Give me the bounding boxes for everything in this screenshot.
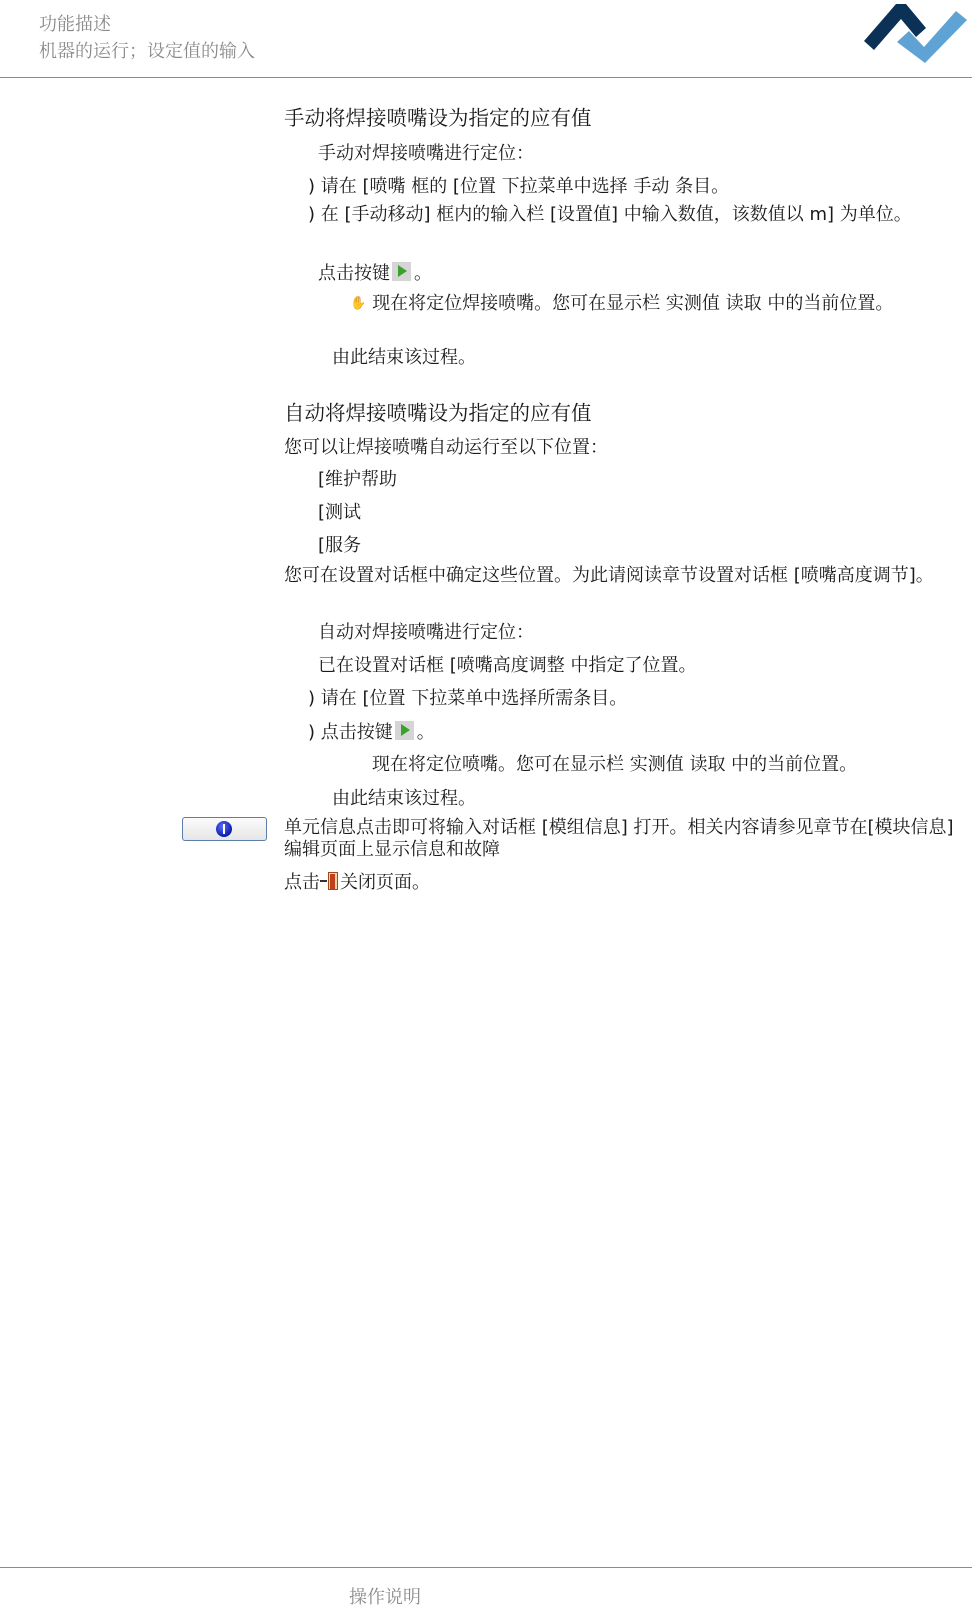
auto-position-2: [测试 — [318, 502, 361, 524]
manual-step-3-suffix: 。 — [414, 263, 432, 284]
manual-result-text: 现在将定位焊接喷嘴。您可在显示栏 实测值 读取 中的当前位置。 — [372, 293, 893, 314]
close-prefix: 点击 — [284, 872, 320, 893]
auto-step-2-suffix: 。 — [417, 722, 435, 743]
auto-procedure-title: 自动对焊接喷嘴进行定位： — [318, 622, 534, 644]
manual-end: 由此结束该过程。 — [332, 347, 476, 369]
auto-position-1: [维护帮助 — [318, 469, 397, 491]
auto-step-2: ) 点击按键。 — [308, 721, 435, 744]
brand-logo-icon — [864, 0, 968, 66]
auto-end: 由此结束该过程。 — [332, 788, 476, 810]
auto-result: 现在将定位喷嘴。您可在显示栏 实测值 读取 中的当前位置。 — [372, 754, 857, 776]
auto-step-2-prefix: ) 点击按键 — [308, 722, 393, 743]
module-info-button[interactable] — [182, 817, 267, 841]
manual-step-2: ) 在 [手动移动] 框内的输入栏 [设置值] 中输入数值，该数值以 m] 为单… — [308, 204, 938, 226]
close-suffix: 关闭页面。 — [340, 872, 430, 893]
auto-heading: 自动将焊接喷嘴设为指定的应有值 — [284, 402, 592, 424]
footer-title: 操作说明 — [349, 1583, 421, 1606]
section-title: 功能描述 — [39, 10, 111, 36]
exit-door-icon — [320, 871, 340, 891]
manual-procedure-title: 手动对焊接喷嘴进行定位： — [318, 143, 534, 165]
info-icon — [216, 821, 232, 837]
footer-divider — [0, 1567, 972, 1568]
auto-intro: 您可以让焊接喷嘴自动运行至以下位置： — [284, 437, 608, 459]
info-description: 单元信息点击即可将输入对话框 [模组信息] 打开。相关内容请参见章节在[模块信息… — [284, 817, 959, 861]
subsection-title: 机器的运行；设定值的输入 — [39, 37, 255, 63]
page-header: 功能描述 机器的运行；设定值的输入 — [0, 0, 972, 78]
auto-precondition: 已在设置对话框 [喷嘴高度调整 中指定了位置。 — [318, 655, 696, 677]
play-icon — [395, 721, 414, 740]
manual-step-3: 点击按键。 — [318, 262, 432, 285]
auto-position-3: [服务 — [318, 535, 361, 557]
result-hand-icon: ✋ — [350, 293, 366, 315]
header-divider — [0, 77, 972, 78]
manual-heading: 手动将焊接喷嘴设为指定的应有值 — [284, 107, 592, 129]
auto-note: 您可在设置对话框中确定这些位置。为此请阅读章节设置对话框 [喷嘴高度调节]。 — [284, 565, 959, 587]
auto-step-1: ) 请在 [位置 下拉菜单中选择所需条目。 — [308, 688, 627, 710]
close-instruction: 点击关闭页面。 — [284, 871, 430, 894]
manual-result: ✋现在将定位焊接喷嘴。您可在显示栏 实测值 读取 中的当前位置。 — [350, 293, 940, 315]
play-icon — [392, 262, 411, 281]
manual-step-3-prefix: 点击按键 — [318, 263, 390, 284]
manual-step-1: ) 请在 [喷嘴 框的 [位置 下拉菜单中选择 手动 条目。 — [308, 176, 729, 198]
